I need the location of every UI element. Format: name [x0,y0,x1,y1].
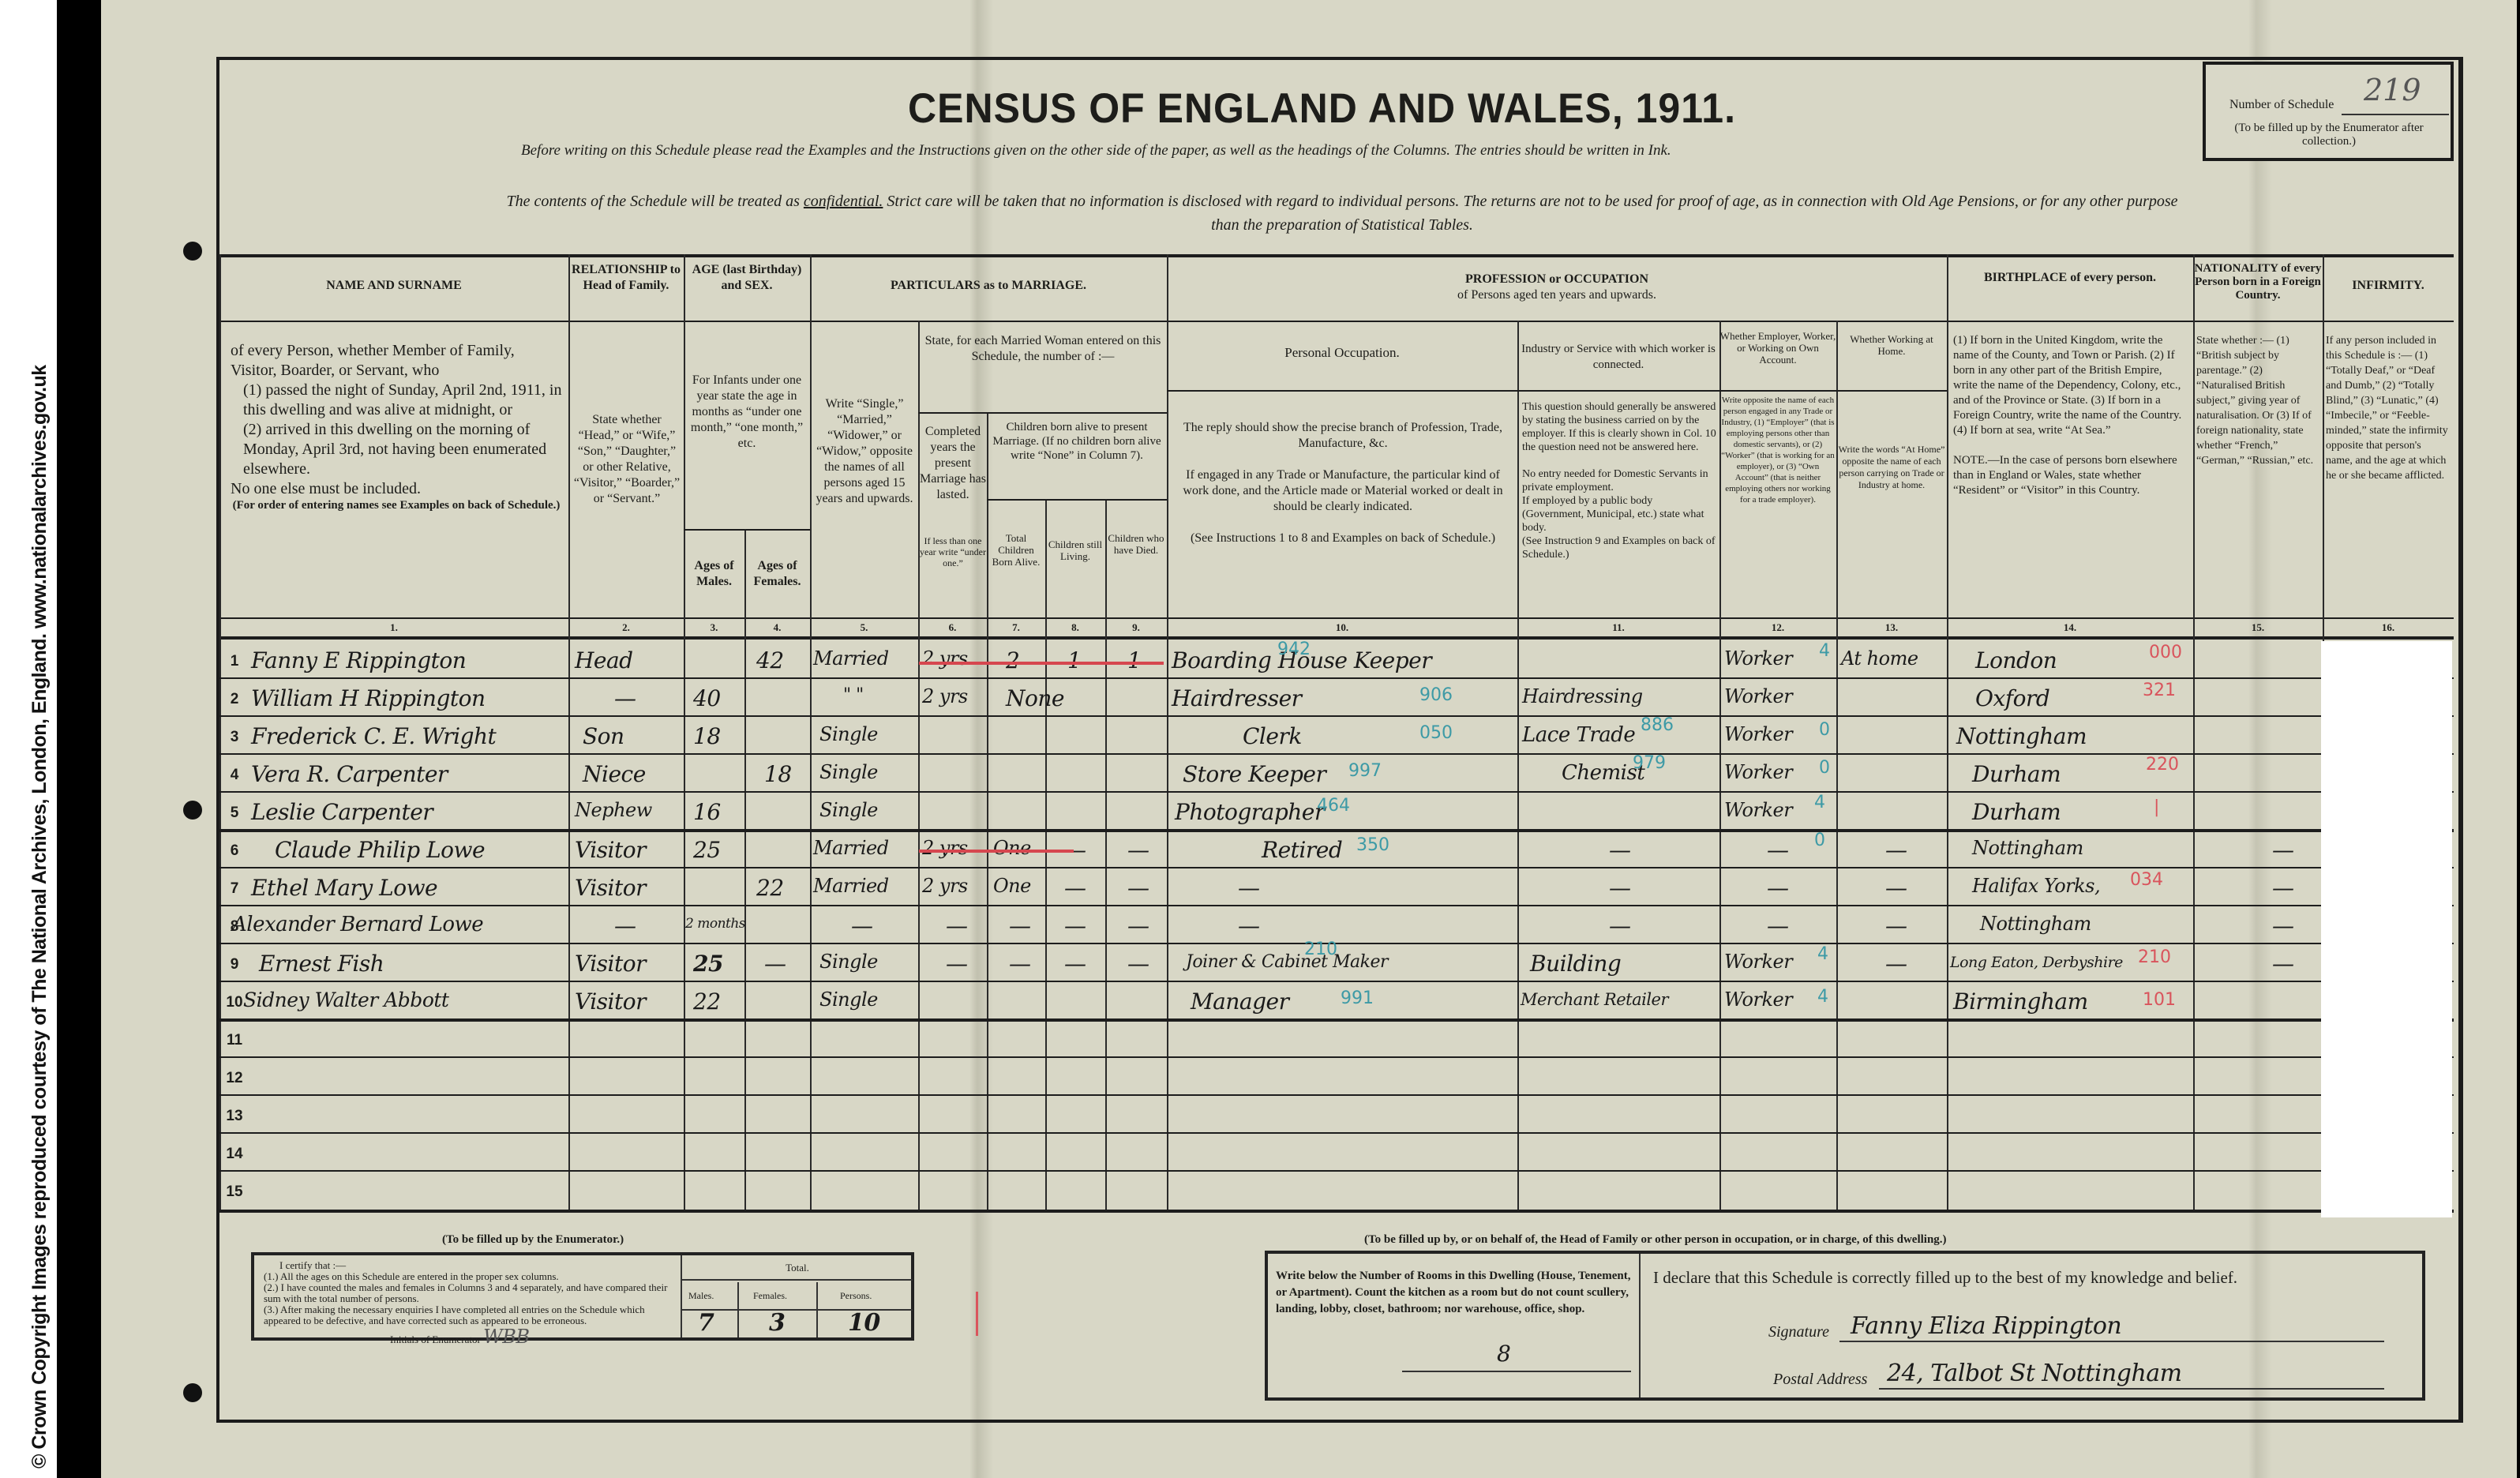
cell-name[interactable]: William H Rippington [251,685,486,711]
cell-name[interactable]: Frederick C. E. Wright [251,723,496,749]
cell-industry[interactable]: Building [1530,951,1621,977]
cell-occupation[interactable]: — [1238,875,1260,901]
cell-name[interactable]: Leslie Carpenter [251,799,433,825]
cell-relationship[interactable]: Nephew [575,799,652,821]
cell-occupation[interactable]: Photographer [1175,799,1325,825]
cell-birthplace[interactable]: Long Eaton, Derbyshire [1950,954,2123,971]
postal-address-label: Postal Address [1773,1371,1867,1389]
cell-at-home[interactable]: At home [1841,647,1918,670]
totals-box: Total. Males. Females. Persons. 7 3 10 [681,1255,913,1337]
occupation-code: 942 [1277,640,1311,659]
cell-children-born[interactable]: None [1006,685,1064,711]
colnum-8: 8. [1045,621,1105,634]
header-marriage: PARTICULARS as to MARRIAGE. [810,278,1167,294]
employment-code: 0 [1814,831,1825,850]
colnum-3: 3. [684,621,744,634]
cell-occupation[interactable]: Manager [1191,988,1288,1015]
cell-name[interactable]: Sidney Walter Abbott [243,988,448,1011]
red-strike-line [919,662,1164,665]
birthplace-code: | [2154,797,2159,817]
enumerator-certificate: I certify that :— (1.) All the ages on t… [251,1252,914,1341]
header-industry: Industry or Service with which worker is… [1519,341,1718,373]
cell-occupation[interactable]: Retired [1262,837,1342,863]
cell-children-died[interactable]: 1 [1127,647,1141,673]
punch-hole [183,242,202,261]
cell-employment[interactable]: — [1767,913,1789,939]
occupation-code: 991 [1341,988,1374,1008]
cell-age-male[interactable]: 25 [693,837,721,863]
row-number: 14 [223,1146,246,1163]
cell-marital[interactable]: Single [819,799,878,821]
header-personal-occupation: Personal Occupation. [1167,345,1517,361]
row-number: 2 [223,691,246,708]
schedule-number-note: (To be filled up by the Enumerator after… [2211,122,2447,148]
enumerator-initials[interactable]: WBB [483,1326,529,1348]
birthplace-code: 000 [2149,643,2182,662]
cell-industry[interactable]: — [1609,837,1631,863]
cell-employment[interactable]: — [1767,875,1789,901]
cell-at-home[interactable]: — [1885,951,1907,977]
birthplace-code: 034 [2130,870,2163,890]
occupation-code: 210 [1304,940,1337,959]
cell-marital[interactable]: Married [813,875,889,897]
cell-marital[interactable]: Single [819,723,878,745]
cell-employment[interactable]: Worker [1724,988,1792,1011]
cell-age-female[interactable]: — [764,951,786,977]
cell-name[interactable]: Ethel Mary Lowe [251,875,437,901]
conf-text-3: than the preparation of Statistical Tabl… [1211,216,1473,234]
cell-industry[interactable]: Lace Trade [1522,723,1635,747]
cell-birthplace[interactable]: Durham [1972,761,2061,787]
rooms-instructions: Write below the Number of Rooms in this … [1276,1268,1631,1318]
total-females[interactable]: 3 [769,1309,785,1337]
industry-code: 886 [1641,715,1674,735]
schedule-number[interactable]: 219 [2364,73,2421,107]
cell-children-living[interactable]: — [1064,875,1086,901]
row-number: 13 [223,1108,246,1125]
header-birthplace: BIRTHPLACE of every person. [1947,270,2193,286]
colnum-6: 6. [918,621,987,634]
cell-industry[interactable]: — [1609,913,1631,939]
cell-nationality[interactable]: — [2272,951,2294,977]
colnum-12: 12. [1719,621,1836,634]
householder-box: Write below the Number of Rooms in this … [1265,1251,2425,1401]
row-number: 5 [223,805,246,822]
cell-name[interactable]: Vera R. Carpenter [251,761,448,787]
header-total-born: Total Children Born Alive. [987,532,1045,568]
cell-relationship[interactable]: Visitor [575,837,646,863]
cell-children-died[interactable]: — [1127,875,1149,901]
form-title: CENSUS OF ENGLAND AND WALES, 1911. [908,84,1736,133]
header-employer: Whether Employer, Worker, or Working on … [1719,330,1836,366]
header-marital-desc: Write “Single,” “Married,” “Widower,” or… [813,396,916,507]
cell-birthplace[interactable]: Nottingham [1972,837,2083,859]
header-nationality-desc: State whether :— (1) “British subject by… [2196,333,2319,468]
header-employer-desc: Write opposite the name of each person e… [1721,395,1835,505]
header-nationality: NATIONALITY of every Person born in a Fo… [2193,262,2323,302]
header-died: Children who have Died. [1105,532,1167,556]
cell-years-married[interactable]: 2 yrs [922,875,968,897]
cell-employment[interactable]: Worker [1724,647,1792,670]
cell-marital[interactable]: " " [843,685,864,705]
header-birthplace-desc: (1) If born in the United Kingdom, write… [1953,333,2187,498]
cell-employment[interactable]: — [1767,837,1789,863]
signature[interactable]: Fanny Eliza Rippington [1851,1312,2121,1340]
occupation-code: 350 [1356,835,1389,855]
row-number: 3 [223,729,246,746]
row-number: 6 [223,842,246,860]
colnum-15: 15. [2193,621,2323,634]
postal-address[interactable]: 24, Talbot St Nottingham [1887,1360,2182,1387]
cell-children-died[interactable]: — [1127,951,1149,977]
rooms-section: Write below the Number of Rooms in this … [1268,1254,1641,1397]
cell-marital[interactable]: Single [819,761,878,783]
employment-code: 0 [1819,720,1830,740]
colnum-13: 13. [1836,621,1947,634]
cell-name[interactable]: Alexander Bernard Lowe [232,913,483,936]
cell-occupation[interactable]: Store Keeper [1183,761,1326,787]
cell-industry[interactable]: — [1609,875,1631,901]
cell-relationship[interactable]: — [614,913,636,939]
row-number: 12 [223,1070,246,1087]
punch-hole [183,1383,202,1402]
header-industry-desc: This question should generally be answer… [1522,400,1716,561]
cell-years-married[interactable]: — [946,951,968,977]
cell-at-home[interactable]: — [1885,875,1907,901]
header-at-home: Whether Working at Home. [1836,333,1947,357]
cell-nationality[interactable]: — [2272,875,2294,901]
cell-years-married[interactable]: 2 yrs [922,647,968,670]
row-number: 7 [223,880,246,898]
header-occupation: PROFESSION or OCCUPATION of Persons aged… [1167,272,1947,303]
cell-relationship[interactable]: Visitor [575,988,646,1015]
cell-birthplace[interactable]: Durham [1972,799,2061,825]
total-males[interactable]: 7 [698,1309,714,1337]
cell-children-born[interactable]: 2 [1006,647,1019,673]
colnum-1: 1. [219,621,568,634]
employment-code: 4 [1817,987,1828,1007]
cell-children-born[interactable]: One [993,875,1031,897]
cell-relationship[interactable]: Niece [583,761,646,787]
header-years-married: Completed years the present Marriage has… [919,424,987,503]
cell-years-married[interactable]: 2 yrs [922,837,968,859]
cell-employment[interactable]: Worker [1724,799,1792,821]
cell-children-died[interactable]: — [1127,913,1149,939]
cell-birthplace[interactable]: London [1975,647,2057,673]
cell-age-male[interactable]: 18 [693,723,721,749]
cell-name[interactable]: Claude Philip Lowe [275,837,485,863]
signature-label: Signature [1768,1323,1829,1341]
colnum-9: 9. [1105,621,1167,634]
cell-name[interactable]: Fanny E Rippington [251,647,466,673]
colnum-5: 5. [810,621,918,634]
cell-years-married[interactable]: 2 yrs [922,685,968,707]
declaration-section: I declare that this Schedule is correctl… [1642,1254,2424,1397]
conf-text-2: Strict care will be taken that no inform… [887,193,2177,210]
cell-employment[interactable]: Worker [1724,761,1792,783]
cell-children-born[interactable]: — [1009,913,1031,939]
cell-employment[interactable]: Worker [1724,685,1792,707]
punch-hole [183,801,202,820]
cell-occupation[interactable]: Clerk [1243,723,1302,749]
form-intro: Before writing on this Schedule please r… [521,142,2226,159]
cell-marital[interactable]: Married [813,837,889,859]
row-number: 9 [223,956,246,973]
copyright-notice: © Crown Copyright Images reproduced cour… [28,365,51,1469]
cell-birthplace[interactable]: Nottingham [1956,723,2087,749]
cell-marital[interactable]: Single [819,988,878,1011]
header-infirmity: INFIRMITY. [2323,278,2454,294]
employment-code: 4 [1817,944,1828,964]
declaration-text: I declare that this Schedule is correctl… [1653,1268,2237,1288]
cell-age-male[interactable]: 16 [693,799,721,825]
birthplace-code: 220 [2146,755,2179,775]
cell-birthplace[interactable]: Birmingham [1953,988,2088,1015]
cell-age-male[interactable]: 2 months [685,916,745,932]
copyright-strip: © Crown Copyright Images reproduced cour… [0,0,57,1478]
schedule-number-box: Number of Schedule 219 (To be filled up … [2203,62,2454,161]
industry-code: 979 [1633,753,1666,773]
cell-marital[interactable]: — [851,913,873,939]
total-persons[interactable]: 10 [848,1309,880,1337]
conf-word: confidential. [804,193,883,210]
birthplace-code: 101 [2143,990,2176,1010]
cell-marital[interactable]: Single [819,951,878,973]
header-married-woman: State, for each Married Woman entered on… [921,333,1165,365]
cell-employment[interactable]: Worker [1724,951,1792,973]
cell-employment[interactable]: Worker [1724,723,1792,745]
employment-code: 0 [1819,758,1830,778]
employment-code: 4 [1819,641,1830,661]
census-table: NAME AND SURNAME of every Person, whethe… [219,254,2454,1211]
occupation-code: 997 [1348,761,1382,781]
conf-text: The contents of the Schedule will be tre… [506,193,799,210]
header-children: Children born alive to present Marriage.… [988,420,1165,463]
redacted-infirmity-column [2321,641,2452,1217]
birthplace-code: 321 [2143,681,2176,700]
cell-children-died[interactable]: — [1127,837,1149,863]
colnum-10: 10. [1167,621,1517,634]
cell-industry[interactable]: Hairdressing [1522,685,1643,707]
cell-age-female[interactable]: 42 [756,647,784,673]
occupation-code: 464 [1317,796,1350,816]
confidentiality-notice: The contents of the Schedule will be tre… [237,189,2447,237]
cell-birthplace[interactable]: Halifax Yorks, [1972,875,2100,897]
red-strike-line [919,850,1074,853]
cell-relationship[interactable]: Head [575,647,633,673]
header-ages-females: Ages of Females. [744,558,810,590]
cell-birthplace[interactable]: Oxford [1975,685,2049,711]
header-years-note: If less than one year write “under one.” [919,535,987,568]
birthplace-code: 210 [2138,947,2171,967]
cell-children-living[interactable]: — [1064,913,1086,939]
cell-relationship[interactable]: — [614,685,636,711]
header-name-desc: of every Person, whether Member of Famil… [231,341,562,512]
cell-relationship[interactable]: Visitor [575,875,646,901]
header-age-desc: For Infants under one year state the age… [685,373,808,452]
occupation-code: 906 [1419,685,1453,705]
cell-age-male[interactable]: 25 [693,951,723,977]
cell-at-home[interactable]: — [1885,837,1907,863]
cell-birthplace[interactable]: Nottingham [1980,913,2091,935]
cell-age-male[interactable]: 22 [693,988,721,1015]
colnum-2: 2. [568,621,684,634]
schedule-number-label: Number of Schedule [2229,98,2334,112]
cell-age-female[interactable]: 22 [756,875,784,901]
row-number: 15 [223,1184,246,1201]
header-at-home-desc: Write the words “At Home” opposite the n… [1838,444,1945,491]
colnum-11: 11. [1517,621,1719,634]
cell-marital[interactable]: Married [813,647,889,670]
cell-children-living[interactable]: — [1064,951,1086,977]
cell-name[interactable]: Ernest Fish [259,951,384,977]
enumerator-heading: (To be filled up by the Enumerator.) [442,1233,624,1247]
header-age: AGE (last Birthday) and SEX. [684,262,810,294]
cell-age-female[interactable]: 18 [764,761,792,787]
header-name: NAME AND SURNAME [219,278,568,294]
cell-relationship[interactable]: Visitor [575,951,646,977]
cell-at-home[interactable]: — [1885,913,1907,939]
cell-occupation[interactable]: Hairdresser [1172,685,1302,711]
cell-years-married[interactable]: — [946,913,968,939]
row-number: 1 [223,653,246,670]
colnum-4: 4. [744,621,810,634]
colnum-7: 7. [987,621,1045,634]
cell-nationality[interactable]: — [2272,913,2294,939]
header-infirmity-desc: If any person included in this Schedule … [2326,333,2451,483]
row-number: 11 [223,1032,246,1049]
header-ages-males: Ages of Males. [684,558,744,590]
cell-occupation[interactable]: Joiner & Cabinet Maker [1186,952,1388,972]
header-still-living: Children still Living. [1045,538,1105,562]
cell-children-living[interactable]: 1 [1067,647,1081,673]
colnum-16: 16. [2323,621,2454,634]
cell-children-born[interactable]: One [993,837,1031,859]
row-number: 4 [223,767,246,784]
cell-nationality[interactable]: — [2272,837,2294,863]
header-occupation-desc: The reply should show the precise branch… [1173,420,1513,546]
employment-code: 4 [1814,793,1825,812]
cell-relationship[interactable]: Son [583,723,624,749]
occupation-code: 050 [1419,723,1453,743]
header-relationship: RELATIONSHIP to Head of Family. [568,262,684,294]
rooms-count[interactable]: 8 [1497,1341,1510,1367]
cell-children-born[interactable]: — [1009,951,1031,977]
red-tick-mark [976,1292,978,1336]
cell-industry[interactable]: Merchant Retailer [1521,990,1668,1009]
colnum-14: 14. [1947,621,2193,634]
cell-occupation[interactable]: — [1238,913,1260,939]
header-relationship-desc: State whether “Head,” or “Wife,” “Son,” … [572,412,682,507]
cell-age-male[interactable]: 40 [693,685,721,711]
householder-heading: (To be filled up by, or on behalf of, th… [1364,1233,1947,1247]
certificate-text: I certify that :— (1.) All the ages on t… [264,1260,674,1345]
